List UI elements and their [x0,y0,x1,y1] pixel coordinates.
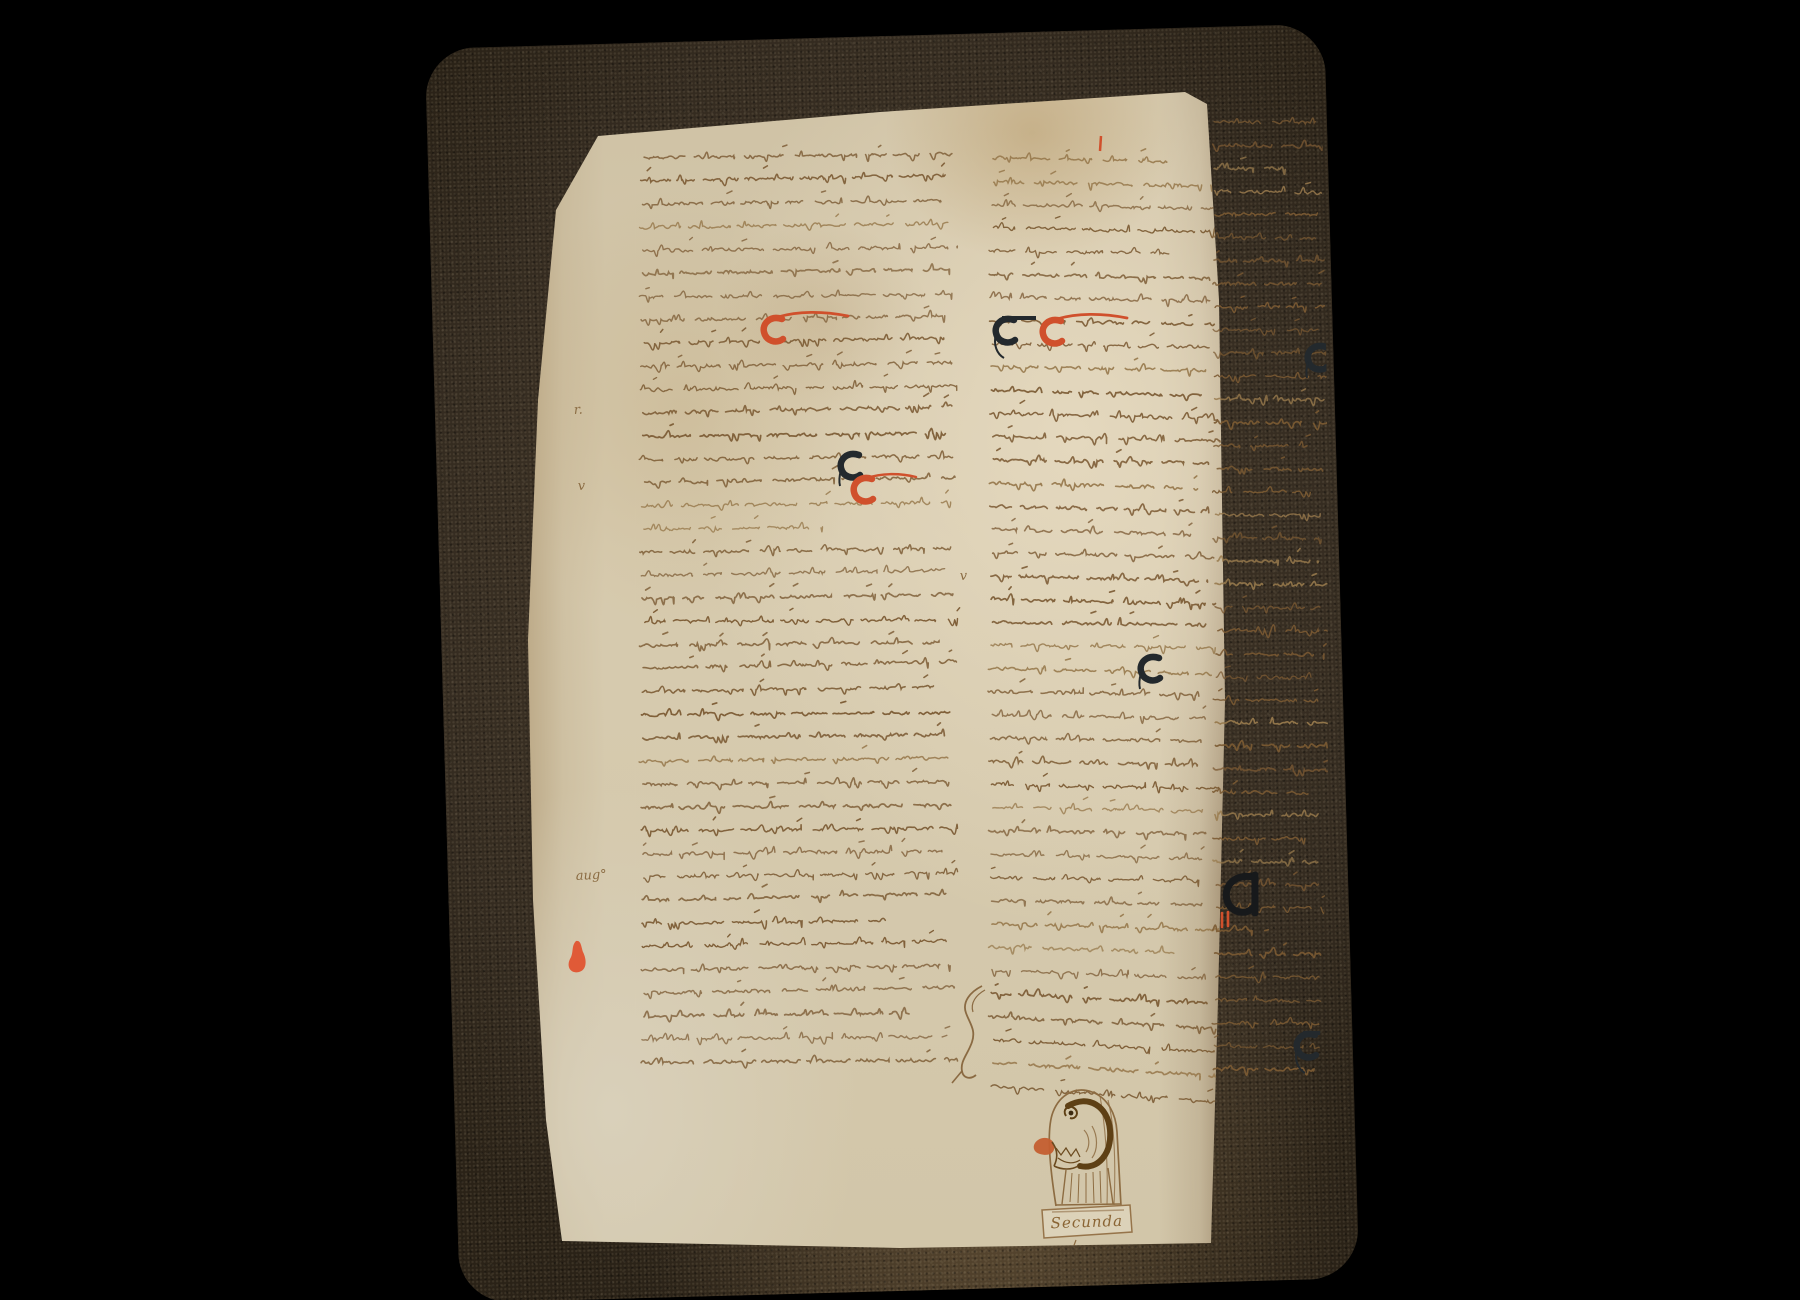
manuscript-photo: r.vaug°vSecunda [0,0,1800,1300]
verso-leaf [528,86,1228,1252]
